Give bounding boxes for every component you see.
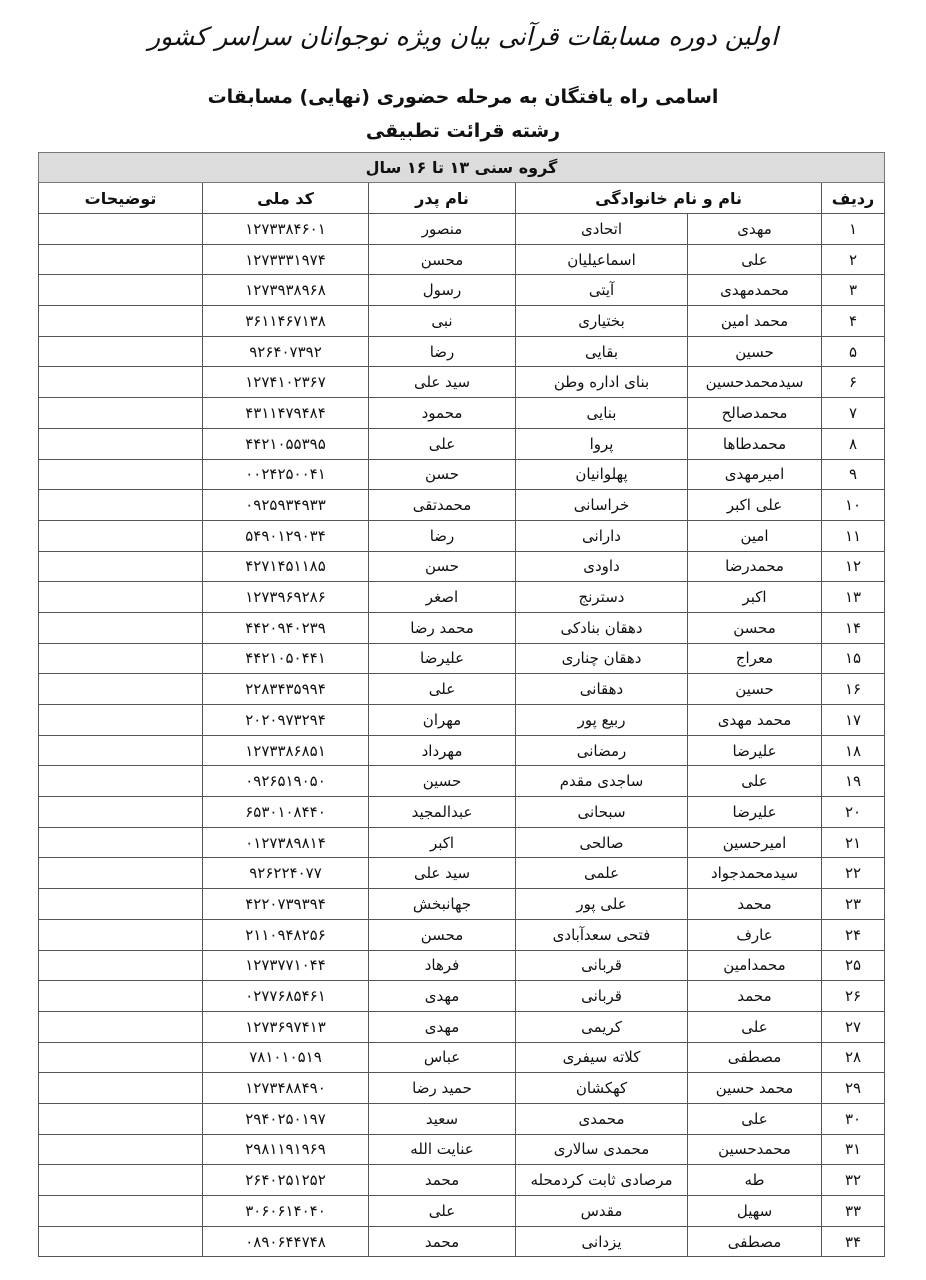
notes-cell [39,766,203,797]
column-header-father-name: نام پدر [369,183,516,214]
first-name-cell: امین [688,520,822,551]
row-number-cell: ۷ [822,398,885,429]
row-number-cell: ۳۳ [822,1196,885,1227]
last-name-cell: خراسانی [516,490,688,521]
table-row: ۱۲محمدرضاداودیحسن۴۲۷۱۴۵۱۱۸۵ [39,551,885,582]
first-name-cell: محمد مهدی [688,705,822,736]
last-name-cell: علی پور [516,889,688,920]
notes-cell [39,612,203,643]
first-name-cell: حسین [688,674,822,705]
row-number-cell: ۳۲ [822,1165,885,1196]
table-row: ۲۹محمد حسینکهکشانحمید رضا۱۲۷۳۴۸۸۴۹۰ [39,1073,885,1104]
table-row: ۲۱امیرحسینصالحیاکبر۰۱۲۷۳۸۹۸۱۴ [39,827,885,858]
last-name-cell: کلاته سیفری [516,1042,688,1073]
notes-cell [39,919,203,950]
row-number-cell: ۳ [822,275,885,306]
first-name-cell: محمد امین [688,306,822,337]
notes-cell [39,1196,203,1227]
father-name-cell: جهانبخش [369,889,516,920]
national-id-cell: ۴۴۲۱۰۵۰۴۴۱ [203,643,369,674]
national-id-cell: ۶۵۳۰۱۰۸۴۴۰ [203,797,369,828]
row-number-cell: ۲ [822,244,885,275]
list-title: اسامی راه یافتگان به مرحله حضوری (نهایی)… [0,86,926,108]
national-id-cell: ۲۹۴۰۲۵۰۱۹۷ [203,1103,369,1134]
first-name-cell: محمد حسین [688,1073,822,1104]
table-row: ۳۳سهیلمقدسعلی۳۰۶۰۶۱۴۰۴۰ [39,1196,885,1227]
national-id-cell: ۰۹۲۶۵۱۹۰۵۰ [203,766,369,797]
table-row: ۳۴مصطفییزدانیمحمد۰۸۹۰۶۴۴۷۴۸ [39,1226,885,1257]
notes-cell [39,889,203,920]
national-id-cell: ۱۲۷۳۳۸۴۶۰۱ [203,214,369,245]
table-row: ۱۳اکبردسترنجاصغر۱۲۷۳۹۶۹۲۸۶ [39,582,885,613]
table-row: ۲۶محمدقربانیمهدی۰۲۷۷۶۸۵۴۶۱ [39,981,885,1012]
notes-cell [39,214,203,245]
row-number-cell: ۲۰ [822,797,885,828]
last-name-cell: مرصادی ثابت کردمحله [516,1165,688,1196]
first-name-cell: علی [688,1011,822,1042]
father-name-cell: علیرضا [369,643,516,674]
row-number-cell: ۲۳ [822,889,885,920]
row-number-cell: ۱۹ [822,766,885,797]
row-number-cell: ۱۶ [822,674,885,705]
table-row: ۲۳محمدعلی پورجهانبخش۴۲۲۰۷۳۹۳۹۴ [39,889,885,920]
father-name-cell: محمدتقی [369,490,516,521]
first-name-cell: محمدمهدی [688,275,822,306]
row-number-cell: ۵ [822,336,885,367]
last-name-cell: ربیع پور [516,705,688,736]
national-id-cell: ۰۰۲۴۲۵۰۰۴۱ [203,459,369,490]
first-name-cell: معراج [688,643,822,674]
national-id-cell: ۴۳۱۱۴۷۹۴۸۴ [203,398,369,429]
table-row: ۷محمدصالحبناییمحمود۴۳۱۱۴۷۹۴۸۴ [39,398,885,429]
column-header-row-no: ردیف [822,183,885,214]
last-name-cell: مقدس [516,1196,688,1227]
national-id-cell: ۲۹۸۱۱۹۱۹۶۹ [203,1134,369,1165]
notes-cell [39,306,203,337]
father-name-cell: فرهاد [369,950,516,981]
national-id-cell: ۹۲۶۴۰۷۳۹۲ [203,336,369,367]
father-name-cell: سعید [369,1103,516,1134]
first-name-cell: محمدطاها [688,428,822,459]
father-name-cell: رسول [369,275,516,306]
table-row: ۵حسینبقاییرضا۹۲۶۴۰۷۳۹۲ [39,336,885,367]
father-name-cell: مهدی [369,1011,516,1042]
last-name-cell: اتحادی [516,214,688,245]
last-name-cell: دهقانی [516,674,688,705]
national-id-cell: ۳۶۱۱۴۶۷۱۳۸ [203,306,369,337]
table-row: ۴محمد امینبختیارینبی۳۶۱۱۴۶۷۱۳۸ [39,306,885,337]
table-row: ۶سیدمحمدحسینبنای اداره وطنسید علی۱۲۷۴۱۰۲… [39,367,885,398]
row-number-cell: ۳۱ [822,1134,885,1165]
father-name-cell: مهرداد [369,735,516,766]
national-id-cell: ۱۲۷۳۳۳۱۹۷۴ [203,244,369,275]
father-name-cell: علی [369,428,516,459]
national-id-cell: ۲۰۲۰۹۷۳۲۹۴ [203,705,369,736]
father-name-cell: عبدالمجید [369,797,516,828]
first-name-cell: علی [688,244,822,275]
last-name-cell: قربانی [516,981,688,1012]
first-name-cell: محمدصالح [688,398,822,429]
row-number-cell: ۱۸ [822,735,885,766]
first-name-cell: عارف [688,919,822,950]
father-name-cell: حسن [369,551,516,582]
national-id-cell: ۵۴۹۰۱۲۹۰۳۴ [203,520,369,551]
first-name-cell: محمد [688,981,822,1012]
last-name-cell: محمدی [516,1103,688,1134]
first-name-cell: مهدی [688,214,822,245]
competition-title: اولین دوره مسابقات قرآنی بیان ویژه نوجوا… [0,22,926,51]
national-id-cell: ۰۲۷۷۶۸۵۴۶۱ [203,981,369,1012]
father-name-cell: حمید رضا [369,1073,516,1104]
notes-cell [39,1042,203,1073]
father-name-cell: سید علی [369,367,516,398]
table-row: ۳محمدمهدیآیتیرسول۱۲۷۳۹۳۸۹۶۸ [39,275,885,306]
notes-cell [39,1011,203,1042]
national-id-cell: ۲۱۱۰۹۴۸۲۵۶ [203,919,369,950]
notes-cell [39,1073,203,1104]
notes-cell [39,459,203,490]
father-name-cell: محمد [369,1165,516,1196]
father-name-cell: محمود [369,398,516,429]
notes-cell [39,797,203,828]
father-name-cell: سید علی [369,858,516,889]
row-number-cell: ۲۹ [822,1073,885,1104]
table-row: ۳۱محمدحسینمحمدی سالاریعنایت الله۲۹۸۱۱۹۱۹… [39,1134,885,1165]
table-row: ۲علیاسماعیلیانمحسن۱۲۷۳۳۳۱۹۷۴ [39,244,885,275]
row-number-cell: ۹ [822,459,885,490]
row-number-cell: ۱۰ [822,490,885,521]
notes-cell [39,643,203,674]
national-id-cell: ۰۱۲۷۳۸۹۸۱۴ [203,827,369,858]
national-id-cell: ۴۴۲۱۰۵۵۳۹۵ [203,428,369,459]
national-id-cell: ۱۲۷۳۶۹۷۴۱۳ [203,1011,369,1042]
notes-cell [39,582,203,613]
national-id-cell: ۲۶۴۰۲۵۱۲۵۲ [203,1165,369,1196]
father-name-cell: نبی [369,306,516,337]
notes-cell [39,735,203,766]
notes-cell [39,520,203,551]
last-name-cell: داودی [516,551,688,582]
last-name-cell: محمدی سالاری [516,1134,688,1165]
first-name-cell: مصطفی [688,1042,822,1073]
last-name-cell: دسترنج [516,582,688,613]
table-row: ۱۹علیساجدی مقدمحسین۰۹۲۶۵۱۹۰۵۰ [39,766,885,797]
column-header-notes: توضیحات [39,183,203,214]
father-name-cell: مهدی [369,981,516,1012]
table-row: ۱۴محسندهقان بنادکیمحمد رضا۴۴۲۰۹۴۰۲۳۹ [39,612,885,643]
last-name-cell: کریمی [516,1011,688,1042]
notes-cell [39,1165,203,1196]
table-row: ۸محمدطاهاپرواعلی۴۴۲۱۰۵۵۳۹۵ [39,428,885,459]
row-number-cell: ۱۴ [822,612,885,643]
notes-cell [39,1103,203,1134]
row-number-cell: ۶ [822,367,885,398]
notes-cell [39,244,203,275]
first-name-cell: علیرضا [688,797,822,828]
national-id-cell: ۰۸۹۰۶۴۴۷۴۸ [203,1226,369,1257]
national-id-cell: ۳۰۶۰۶۱۴۰۴۰ [203,1196,369,1227]
first-name-cell: سیدمحمدحسین [688,367,822,398]
last-name-cell: دهقان بنادکی [516,612,688,643]
row-number-cell: ۳۰ [822,1103,885,1134]
national-id-cell: ۱۲۷۴۱۰۲۳۶۷ [203,367,369,398]
category-title: رشته قرائت تطبیقی [0,120,926,142]
father-name-cell: عنایت الله [369,1134,516,1165]
table-row: ۲۷علیکریمیمهدی۱۲۷۳۶۹۷۴۱۳ [39,1011,885,1042]
last-name-cell: بنای اداره وطن [516,367,688,398]
last-name-cell: بنایی [516,398,688,429]
notes-cell [39,336,203,367]
father-name-cell: رضا [369,520,516,551]
last-name-cell: صالحی [516,827,688,858]
notes-cell [39,981,203,1012]
father-name-cell: مهران [369,705,516,736]
last-name-cell: دهقان چناری [516,643,688,674]
last-name-cell: ساجدی مقدم [516,766,688,797]
father-name-cell: محمد [369,1226,516,1257]
first-name-cell: محمد [688,889,822,920]
national-id-cell: ۰۹۲۵۹۳۴۹۳۳ [203,490,369,521]
father-name-cell: اکبر [369,827,516,858]
last-name-cell: دارانی [516,520,688,551]
notes-cell [39,490,203,521]
notes-cell [39,398,203,429]
first-name-cell: سیدمحمدجواد [688,858,822,889]
age-group-banner: گروه سنی ۱۳ تا ۱۶ سال [39,153,885,183]
first-name-cell: محسن [688,612,822,643]
last-name-cell: کهکشان [516,1073,688,1104]
notes-cell [39,428,203,459]
national-id-cell: ۱۲۷۳۷۷۱۰۴۴ [203,950,369,981]
table-row: ۲۰علیرضاسبحانیعبدالمجید۶۵۳۰۱۰۸۴۴۰ [39,797,885,828]
row-number-cell: ۱۵ [822,643,885,674]
last-name-cell: اسماعیلیان [516,244,688,275]
father-name-cell: محمد رضا [369,612,516,643]
row-number-cell: ۲۱ [822,827,885,858]
last-name-cell: قربانی [516,950,688,981]
first-name-cell: محمدرضا [688,551,822,582]
table-row: ۹امیرمهدیپهلوانیانحسن۰۰۲۴۲۵۰۰۴۱ [39,459,885,490]
national-id-cell: ۹۲۶۲۲۴۰۷۷ [203,858,369,889]
row-number-cell: ۲۵ [822,950,885,981]
national-id-cell: ۴۴۲۰۹۴۰۲۳۹ [203,612,369,643]
qualifiers-table: گروه سنی ۱۳ تا ۱۶ سال ردیف نام و نام خان… [38,152,885,1257]
row-number-cell: ۱ [822,214,885,245]
father-name-cell: علی [369,1196,516,1227]
table-row: ۳۲طهمرصادی ثابت کردمحلهمحمد۲۶۴۰۲۵۱۲۵۲ [39,1165,885,1196]
row-number-cell: ۱۲ [822,551,885,582]
national-id-cell: ۴۲۷۱۴۵۱۱۸۵ [203,551,369,582]
last-name-cell: علمی [516,858,688,889]
row-number-cell: ۲۶ [822,981,885,1012]
row-number-cell: ۲۸ [822,1042,885,1073]
father-name-cell: حسین [369,766,516,797]
notes-cell [39,950,203,981]
notes-cell [39,674,203,705]
father-name-cell: اصغر [369,582,516,613]
last-name-cell: آیتی [516,275,688,306]
column-header-national-id: کد ملی [203,183,369,214]
last-name-cell: بختیاری [516,306,688,337]
first-name-cell: علیرضا [688,735,822,766]
first-name-cell: علی [688,1103,822,1134]
row-number-cell: ۱۷ [822,705,885,736]
table-row: ۲۴عارففتحی سعدآبادیمحسن۲۱۱۰۹۴۸۲۵۶ [39,919,885,950]
notes-cell [39,1134,203,1165]
table-row: ۱۰علی اکبرخراسانیمحمدتقی۰۹۲۵۹۳۴۹۳۳ [39,490,885,521]
father-name-cell: علی [369,674,516,705]
father-name-cell: عباس [369,1042,516,1073]
first-name-cell: محمدامین [688,950,822,981]
national-id-cell: ۱۲۷۳۹۶۹۲۸۶ [203,582,369,613]
notes-cell [39,551,203,582]
first-name-cell: محمدحسین [688,1134,822,1165]
national-id-cell: ۴۲۲۰۷۳۹۳۹۴ [203,889,369,920]
last-name-cell: پروا [516,428,688,459]
first-name-cell: علی [688,766,822,797]
first-name-cell: امیرحسین [688,827,822,858]
national-id-cell: ۲۲۸۳۴۳۵۹۹۴ [203,674,369,705]
first-name-cell: اکبر [688,582,822,613]
national-id-cell: ۱۲۷۳۹۳۸۹۶۸ [203,275,369,306]
table-row: ۱۷محمد مهدیربیع پورمهران۲۰۲۰۹۷۳۲۹۴ [39,705,885,736]
national-id-cell: ۱۲۷۳۴۸۸۴۹۰ [203,1073,369,1104]
father-name-cell: محسن [369,919,516,950]
row-number-cell: ۱۳ [822,582,885,613]
notes-cell [39,705,203,736]
table-row: ۱۵معراجدهقان چناریعلیرضا۴۴۲۱۰۵۰۴۴۱ [39,643,885,674]
table-row: ۲۸مصطفیکلاته سیفریعباس۷۸۱۰۱۰۵۱۹ [39,1042,885,1073]
notes-cell [39,275,203,306]
table-row: ۲۲سیدمحمدجوادعلمیسید علی۹۲۶۲۲۴۰۷۷ [39,858,885,889]
last-name-cell: بقایی [516,336,688,367]
row-number-cell: ۴ [822,306,885,337]
father-name-cell: محسن [369,244,516,275]
first-name-cell: سهیل [688,1196,822,1227]
last-name-cell: سبحانی [516,797,688,828]
table-row: ۲۵محمدامینقربانیفرهاد۱۲۷۳۷۷۱۰۴۴ [39,950,885,981]
national-id-cell: ۱۲۷۳۳۸۶۸۵۱ [203,735,369,766]
table-row: ۱۶حسیندهقانیعلی۲۲۸۳۴۳۵۹۹۴ [39,674,885,705]
table-row: ۱۸علیرضارمضانیمهرداد۱۲۷۳۳۸۶۸۵۱ [39,735,885,766]
last-name-cell: یزدانی [516,1226,688,1257]
first-name-cell: حسین [688,336,822,367]
table-row: ۳۰علیمحمدیسعید۲۹۴۰۲۵۰۱۹۷ [39,1103,885,1134]
row-number-cell: ۱۱ [822,520,885,551]
notes-cell [39,1226,203,1257]
national-id-cell: ۷۸۱۰۱۰۵۱۹ [203,1042,369,1073]
row-number-cell: ۲۴ [822,919,885,950]
row-number-cell: ۳۴ [822,1226,885,1257]
father-name-cell: منصور [369,214,516,245]
table-row: ۱۱امیندارانیرضا۵۴۹۰۱۲۹۰۳۴ [39,520,885,551]
first-name-cell: امیرمهدی [688,459,822,490]
father-name-cell: حسن [369,459,516,490]
row-number-cell: ۲۷ [822,1011,885,1042]
last-name-cell: پهلوانیان [516,459,688,490]
table-row: ۱مهدیاتحادیمنصور۱۲۷۳۳۸۴۶۰۱ [39,214,885,245]
row-number-cell: ۸ [822,428,885,459]
row-number-cell: ۲۲ [822,858,885,889]
table-body: ۱مهدیاتحادیمنصور۱۲۷۳۳۸۴۶۰۱۲علیاسماعیلیان… [39,214,885,1257]
notes-cell [39,858,203,889]
first-name-cell: طه [688,1165,822,1196]
notes-cell [39,367,203,398]
last-name-cell: رمضانی [516,735,688,766]
notes-cell [39,827,203,858]
column-header-full-name: نام و نام خانوادگی [516,183,822,214]
father-name-cell: رضا [369,336,516,367]
last-name-cell: فتحی سعدآبادی [516,919,688,950]
first-name-cell: مصطفی [688,1226,822,1257]
first-name-cell: علی اکبر [688,490,822,521]
